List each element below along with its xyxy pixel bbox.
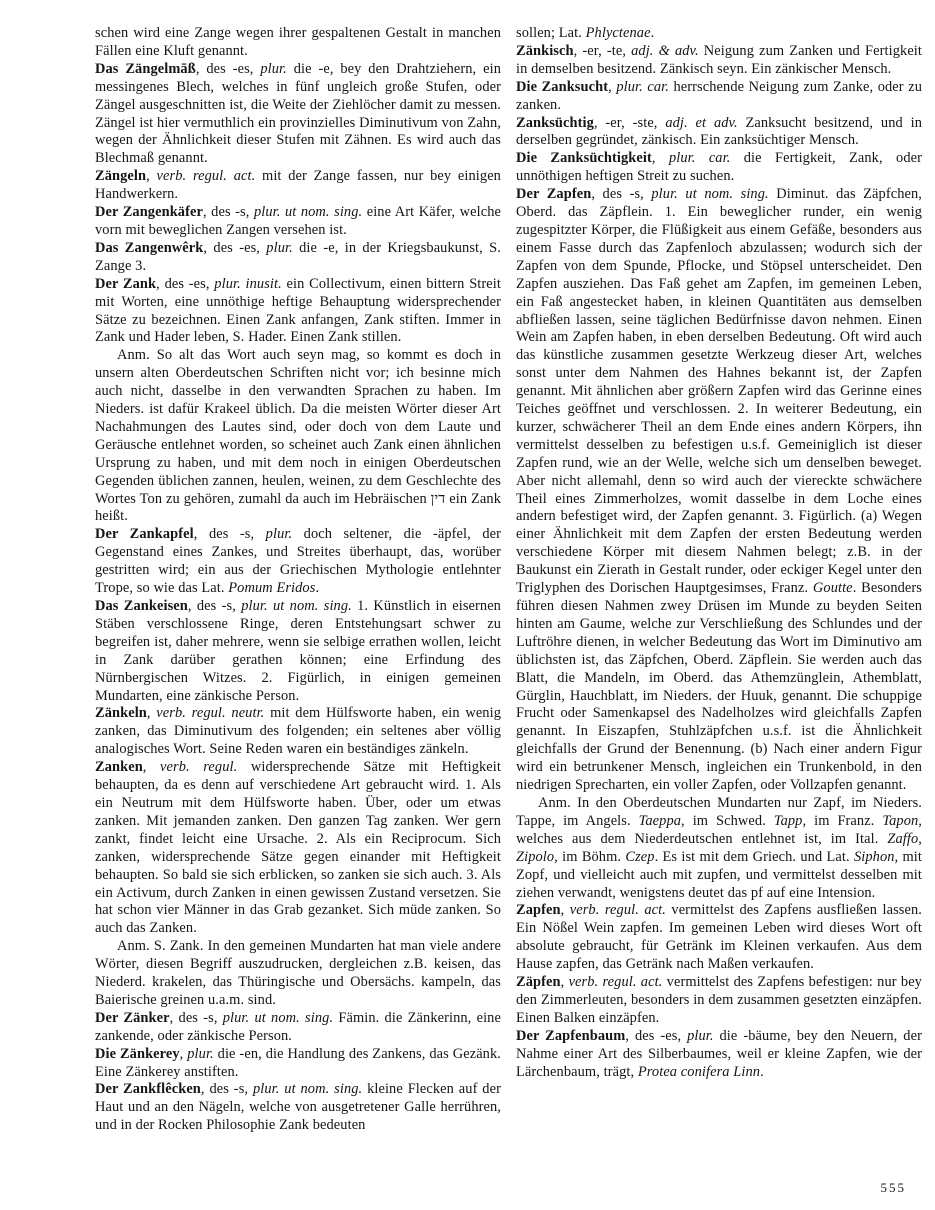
entry-zankflecken: Der Zankflêcken, des -s, plur. ut nom. s…: [95, 1081, 501, 1135]
entry-text: .: [315, 580, 319, 596]
entry-headword: Der Zangenkäfer: [95, 204, 203, 220]
entry-headword: Zäpfen: [516, 974, 561, 990]
italic-term: verb. regul. act.: [157, 168, 256, 184]
entry-text: , des -es,: [196, 61, 261, 77]
entry-text: ,: [147, 705, 156, 721]
entry-text: , des -es,: [156, 276, 214, 292]
italic-term: Tapon,: [882, 813, 922, 829]
entry-zaenker: Der Zänker, des -s, plur. ut nom. sing. …: [95, 1010, 501, 1046]
entry-zanksuechtig: Zanksüchtig, -er, -ste, adj. et adv. Zan…: [516, 115, 922, 151]
italic-term: plur.: [687, 1028, 714, 1044]
entry-zanksuechtigkeit: Die Zanksüchtigkeit, plur. car. die Fert…: [516, 150, 922, 186]
entry-text: ,: [561, 902, 570, 918]
entry-text: schen wird eine Zange wegen ihrer gespal…: [95, 25, 501, 59]
entry-headword: Die Zanksüchtigkeit: [516, 150, 652, 166]
italic-term: verb. regul. act.: [570, 902, 666, 918]
entry-text: widersprechende Sätze mit Heftigkeit beh…: [95, 759, 501, 936]
text-columns: schen wird eine Zange wegen ihrer gespal…: [95, 25, 931, 1135]
entry-text: , -er, -ste,: [594, 115, 665, 131]
entry-text: ,: [652, 150, 669, 166]
italic-term: plur.: [260, 61, 287, 77]
italic-term: plur.: [187, 1046, 214, 1062]
italic-term: adj. et adv.: [665, 115, 737, 131]
italic-term: plur. ut nom. sing.: [253, 1081, 362, 1097]
entry-text: . Es ist mit dem Griech. und Lat.: [655, 849, 854, 865]
entry-headword: Zänkisch: [516, 43, 574, 59]
italic-term: plur. car.: [616, 79, 669, 95]
entry-zaenkisch: Zänkisch, -er, -te, adj. & adv. Neigung …: [516, 43, 922, 79]
entry-headword: Der Zankflêcken: [95, 1081, 201, 1097]
entry-text: , des -s,: [194, 526, 266, 542]
entry-zanksucht: Die Zanksucht, plur. car. herrschende Ne…: [516, 79, 922, 115]
entry-zank: Der Zank, des -es, plur. inusit. ein Col…: [95, 276, 501, 348]
italic-term: plur.: [266, 240, 293, 256]
entry-zaenkerey: Die Zänkerey, plur. die -en, die Handlun…: [95, 1046, 501, 1082]
entry-text: ,: [143, 759, 160, 775]
entry-text: , -er, -te,: [574, 43, 632, 59]
entry-text: .: [651, 25, 655, 41]
page-number: 555: [881, 1180, 907, 1196]
right-column: sollen; Lat. Phlyctenae.Zänkisch, -er, -…: [516, 25, 922, 1135]
entry-zanken: Zanken, verb. regul. widersprechende Sät…: [95, 759, 501, 938]
entry-text: . Besonders führen diesen Nahmen zwey Dr…: [516, 580, 922, 793]
entry-zangenkaefer: Der Zangenkäfer, des -s, plur. ut nom. s…: [95, 204, 501, 240]
entry-text: , des -s,: [201, 1081, 253, 1097]
italic-term: Phlyctenae: [586, 25, 651, 41]
italic-term: Tapp,: [774, 813, 806, 829]
entry-text: im Franz.: [806, 813, 882, 829]
entry-headword: Zängeln: [95, 168, 146, 184]
entry-headword: Das Zankeisen: [95, 598, 188, 614]
entry-zapfen-verb: Zapfen, verb. regul. act. vermittelst de…: [516, 902, 922, 974]
entry-headword: Der Zapfen: [516, 186, 591, 202]
entry-headword: Das Zängelmāß: [95, 61, 196, 77]
italic-term: plur.: [266, 526, 293, 542]
italic-term: plur. car.: [669, 150, 730, 166]
entry-headword: Der Zänker: [95, 1010, 170, 1026]
entry-continuation-zankflecken: sollen; Lat. Phlyctenae.: [516, 25, 922, 43]
italic-term: verb. regul. act.: [569, 974, 663, 990]
entry-headword: Das Zangenwêrk: [95, 240, 203, 256]
entry-text: ,: [146, 168, 156, 184]
left-column: schen wird eine Zange wegen ihrer gespal…: [95, 25, 501, 1135]
italic-term: plur. ut nom. sing.: [241, 598, 352, 614]
italic-term: adj. & adv.: [631, 43, 699, 59]
entry-headword: Der Zapfenbaum: [516, 1028, 625, 1044]
entry-text: Anm. S. Zank. In den gemeinen Mundarten …: [95, 938, 501, 1008]
italic-term: verb. regul.: [160, 759, 237, 775]
italic-term: Protea conifera Linn: [638, 1064, 760, 1080]
entry-zangenwerk: Das Zangenwêrk, des -es, plur. die -e, i…: [95, 240, 501, 276]
italic-term: plur. ut nom. sing.: [254, 204, 362, 220]
entry-text: , des -s,: [591, 186, 651, 202]
entry-headword: Zanksüchtig: [516, 115, 594, 131]
entry-text: .: [760, 1064, 764, 1080]
entry-zaengeln: Zängeln, verb. regul. act. mit der Zange…: [95, 168, 501, 204]
italic-term: Siphon,: [854, 849, 898, 865]
entry-text: Diminut. das Zäpfchen, Oberd. das Zäpfle…: [516, 186, 922, 596]
entry-zapfenbaum: Der Zapfenbaum, des -es, plur. die -bäum…: [516, 1028, 922, 1082]
entry-text: sollen; Lat.: [516, 25, 586, 41]
entry-headword: Der Zank: [95, 276, 156, 292]
entry-continuation-zange: schen wird eine Zange wegen ihrer gespal…: [95, 25, 501, 61]
entry-zankeisen: Das Zankeisen, des -s, plur. ut nom. sin…: [95, 598, 501, 705]
entry-text: , des -s,: [203, 204, 254, 220]
entry-zaengelmass: Das Zängelmāß, des -es, plur. die -e, be…: [95, 61, 501, 168]
annotation-zank: Anm. So alt das Wort auch seyn mag, so k…: [95, 347, 501, 526]
italic-term: plur. ut nom. sing.: [651, 186, 768, 202]
italic-term: Czep: [625, 849, 654, 865]
italic-term: plur. inusit.: [214, 276, 282, 292]
entry-text: , des -es,: [625, 1028, 687, 1044]
dictionary-page: schen wird eine Zange wegen ihrer gespal…: [0, 0, 935, 1210]
annotation-zanken: Anm. S. Zank. In den gemeinen Mundarten …: [95, 938, 501, 1010]
entry-zaenkeln: Zänkeln, verb. regul. neutr. mit dem Hül…: [95, 705, 501, 759]
entry-text: ,: [561, 974, 569, 990]
entry-text: , des -s,: [170, 1010, 223, 1026]
entry-headword: Die Zanksucht: [516, 79, 608, 95]
entry-zaepfen: Zäpfen, verb. regul. act. vermittelst de…: [516, 974, 922, 1028]
entry-text: , des -s,: [188, 598, 241, 614]
entry-headword: Zanken: [95, 759, 143, 775]
entry-zapfen-noun: Der Zapfen, des -s, plur. ut nom. sing. …: [516, 186, 922, 795]
italic-term: plur. ut nom. sing.: [223, 1010, 333, 1026]
entry-text: im Schwed.: [685, 813, 774, 829]
entry-text: im Böhm.: [558, 849, 625, 865]
italic-term: Taeppa,: [639, 813, 685, 829]
entry-text: Anm. So alt das Wort auch seyn mag, so k…: [95, 347, 501, 524]
entry-zankapfel: Der Zankapfel, des -s, plur. doch selten…: [95, 526, 501, 598]
italic-term: Pomum Eridos: [228, 580, 315, 596]
italic-term: verb. regul. neutr.: [156, 705, 264, 721]
entry-text: welches aus dem Niederdeutschen entlehne…: [516, 831, 887, 847]
entry-text: , des -es,: [203, 240, 266, 256]
entry-headword: Zapfen: [516, 902, 561, 918]
italic-term: Goutte: [813, 580, 853, 596]
entry-headword: Die Zänkerey: [95, 1046, 180, 1062]
annotation-zapfen: Anm. In den Oberdeutschen Mundarten nur …: [516, 795, 922, 902]
entry-headword: Zänkeln: [95, 705, 147, 721]
entry-headword: Der Zankapfel: [95, 526, 194, 542]
